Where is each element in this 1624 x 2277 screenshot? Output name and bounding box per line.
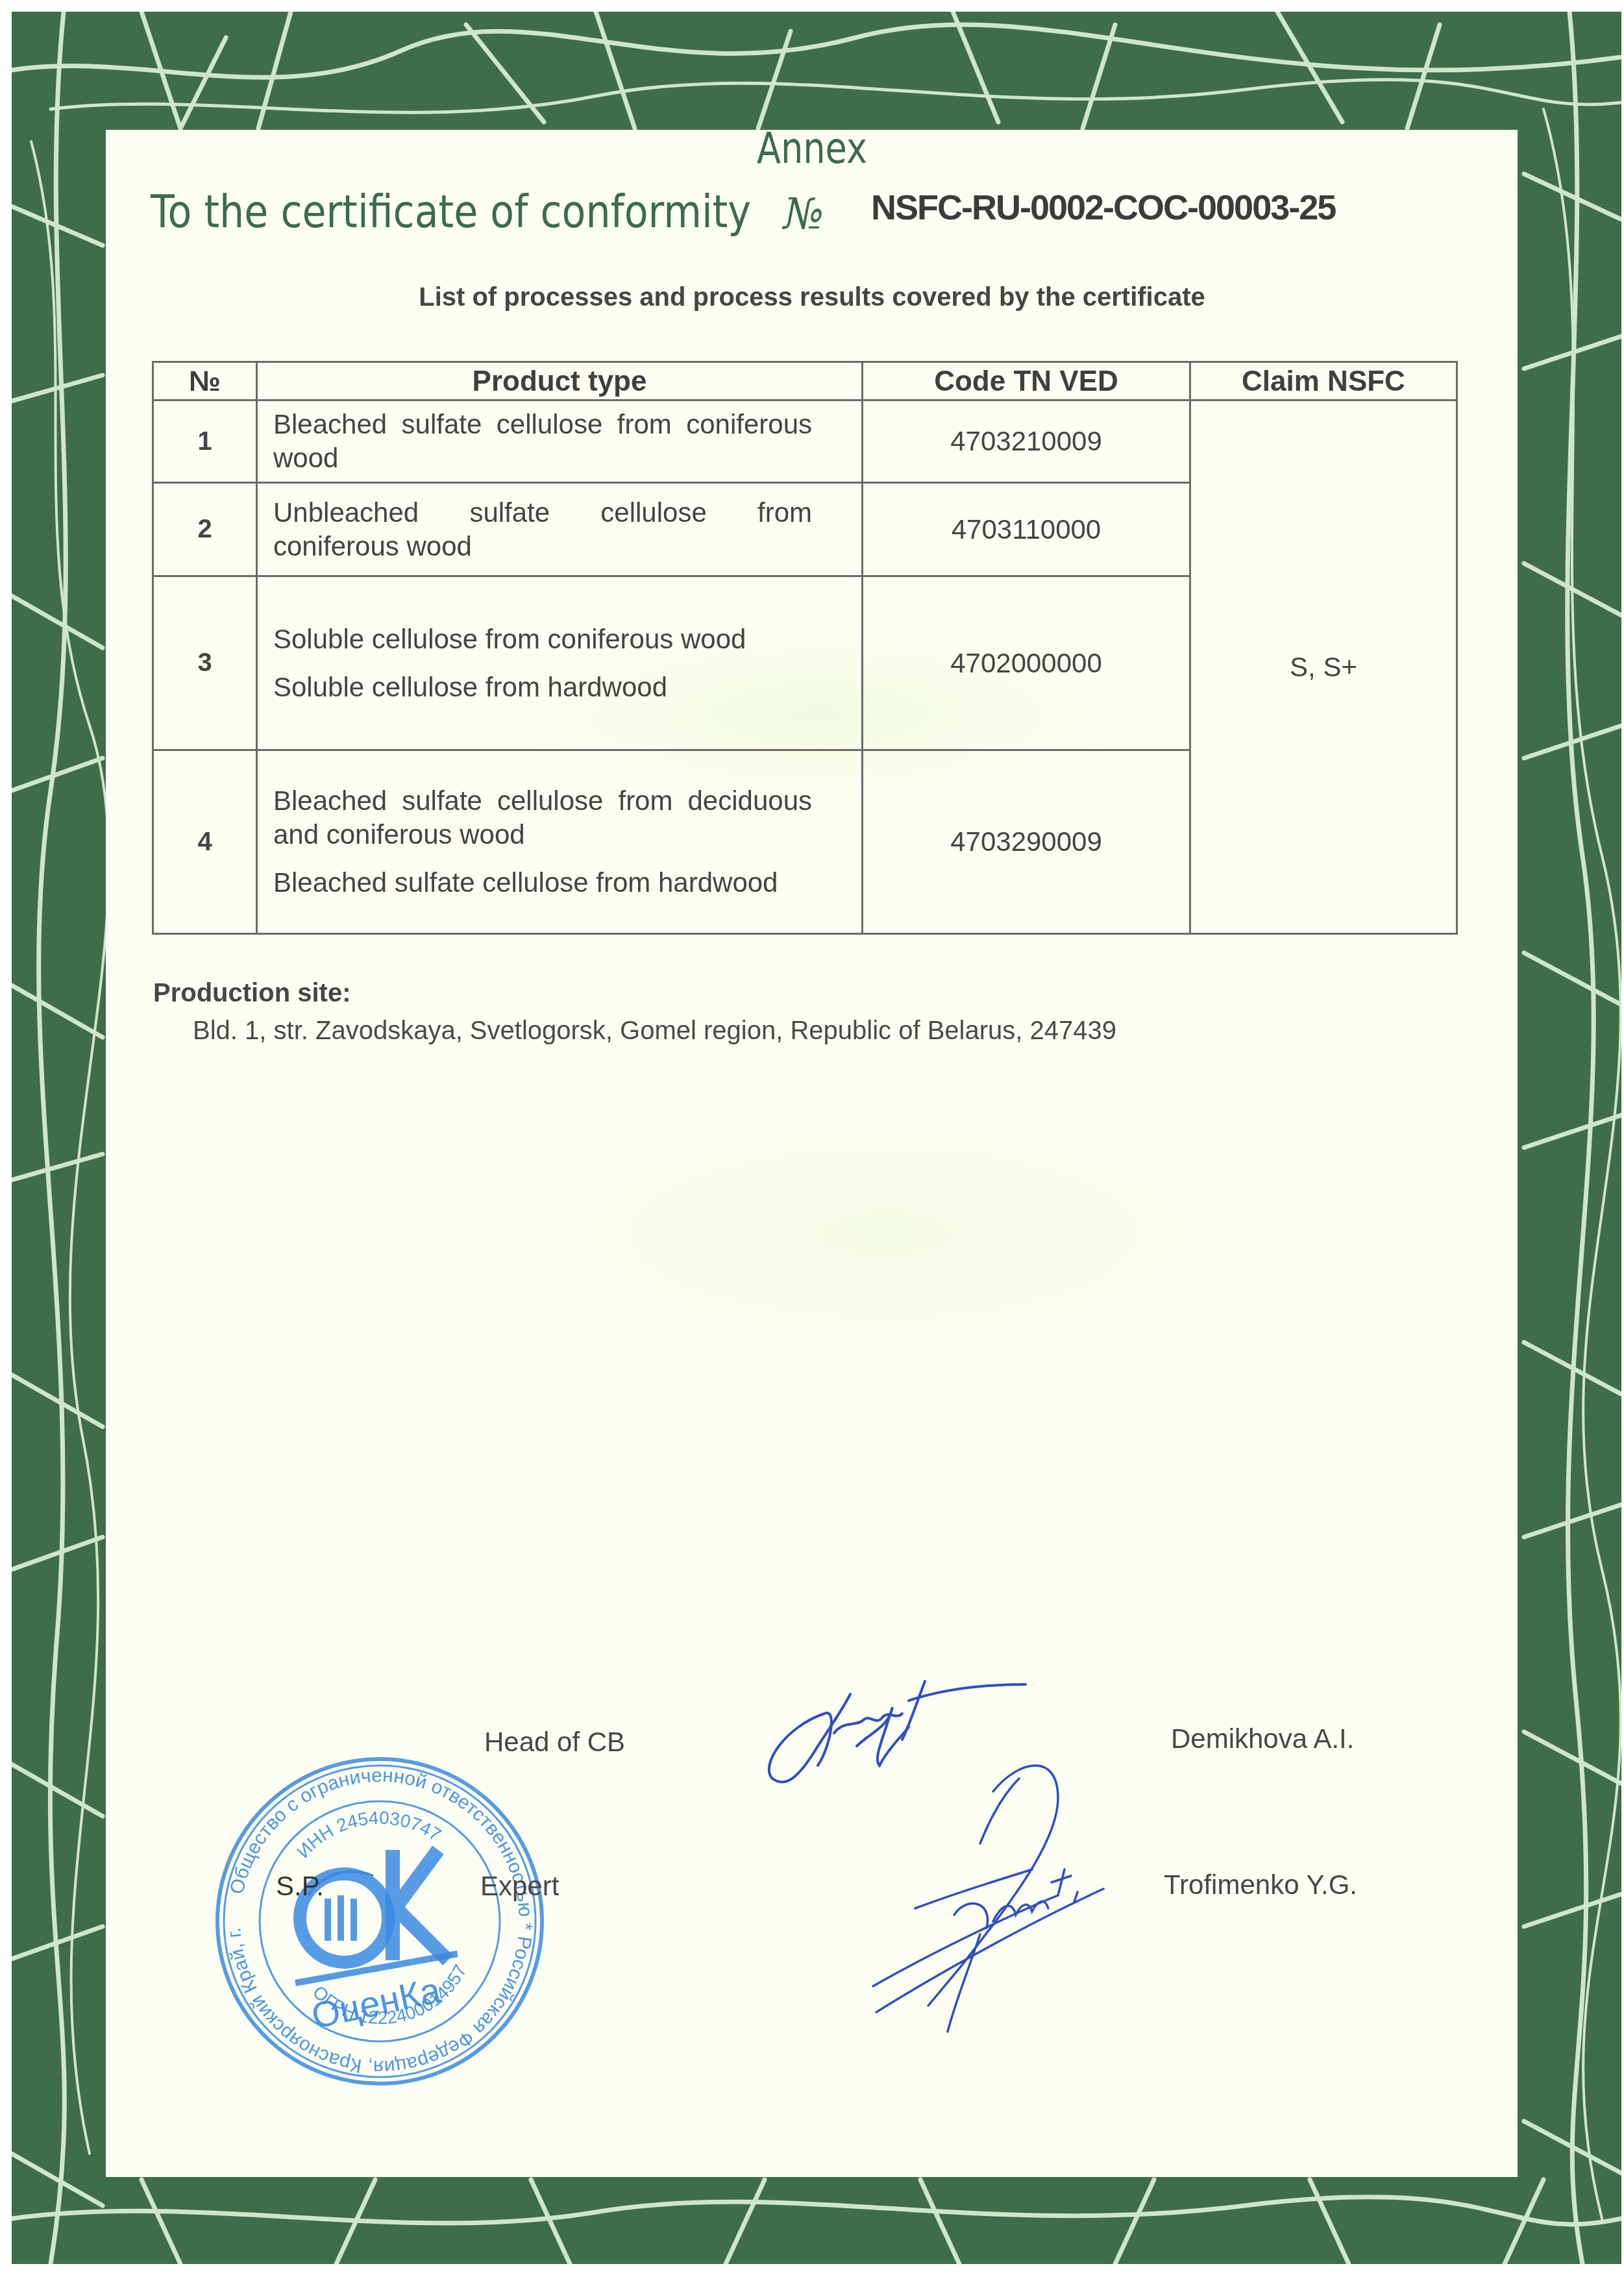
column-header-claim: Claim NSFC: [1190, 362, 1457, 400]
stamp-inn: ИНН 2454030747: [293, 1808, 445, 1862]
head-of-cb-label: Head of CB: [484, 1727, 625, 1758]
column-header-product-type: Product type: [257, 362, 863, 400]
row-number: 3: [153, 576, 257, 750]
product-line: Soluble cellulose from coniferous wood: [273, 622, 812, 656]
company-stamp: Общество с ограниченной ответственностью…: [211, 1753, 548, 2090]
certificate-title: To the certificate of conformity № NSFC-…: [151, 185, 848, 238]
certificate-title-text: To the certificate of conformity: [151, 185, 751, 238]
product-type-cell: Bleached sulfate cellulose from conifero…: [257, 400, 863, 483]
table-row: 1 Bleached sulfate cellulose from conife…: [153, 400, 1457, 483]
column-header-code: Code TN VED: [863, 362, 1190, 400]
table-header-row: № Product type Code TN VED Claim NSFC: [153, 362, 1457, 400]
annex-heading: Annex: [146, 123, 1478, 173]
expert-prefix: S.P.: [276, 1871, 324, 1902]
code-cell: 4703210009: [863, 400, 1190, 483]
row-number: 2: [153, 483, 257, 576]
column-header-number: №: [153, 362, 257, 400]
subtitle: List of processes and process results co…: [0, 283, 1624, 312]
expert-label: Expert: [480, 1871, 559, 1902]
expert-name: Trofimenko Y.G.: [1164, 1869, 1357, 1901]
product-line: Bleached sulfate cellulose from deciduou…: [273, 784, 812, 852]
product-type-cell: Bleached sulfate cellulose from deciduou…: [257, 750, 863, 934]
head-of-cb-name: Demikhova A.I.: [1171, 1723, 1354, 1754]
product-line: Bleached sulfate cellulose from conifero…: [273, 408, 812, 475]
stamp-logo-icon: [295, 1850, 458, 1983]
row-number: 4: [153, 750, 257, 934]
product-type-cell: Unbleached sulfate cellulose from conife…: [257, 483, 863, 576]
code-cell: 4702000000: [863, 576, 1190, 750]
product-line: Unbleached sulfate cellulose from conife…: [273, 496, 812, 563]
certificate-number: NSFC-RU-0002-COC-00003-25: [871, 188, 1335, 228]
svg-text:ИНН 2454030747: ИНН 2454030747: [293, 1808, 445, 1862]
code-cell: 4703290009: [863, 750, 1190, 934]
product-type-cell: Soluble cellulose from coniferous wood S…: [257, 576, 863, 750]
products-table: № Product type Code TN VED Claim NSFC 1 …: [152, 361, 1458, 935]
production-site-address: Bld. 1, str. Zavodskaya, Svetlogorsk, Go…: [193, 1016, 1116, 1046]
number-sign: №: [783, 189, 824, 239]
product-line: Soluble cellulose from hardwood: [273, 671, 812, 704]
code-cell: 4703110000: [863, 483, 1190, 576]
product-line: Bleached sulfate cellulose from hardwood: [273, 866, 812, 900]
production-site-label: Production site:: [153, 979, 351, 1008]
expert-signature-icon: [863, 1740, 1110, 2038]
claim-cell: S, S+: [1190, 400, 1457, 934]
row-number: 1: [153, 400, 257, 483]
